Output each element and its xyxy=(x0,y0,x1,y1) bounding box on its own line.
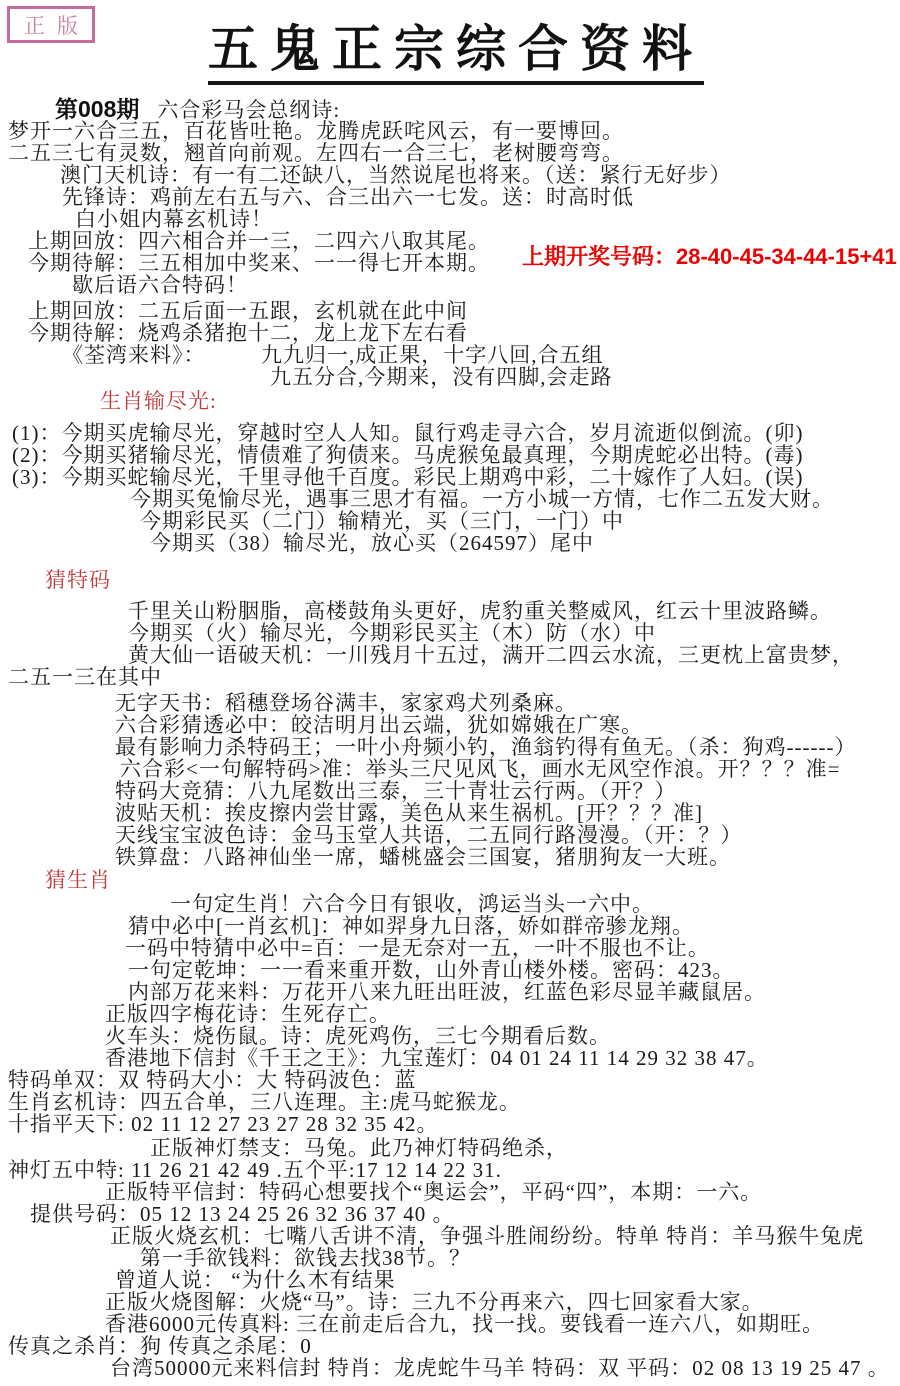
last-draw-number: 上期开奖号码：28-40-45-34-44-15+41 xyxy=(522,240,897,271)
text-line: 先锋诗：鸡前左右五与六、合三出六一七发。送：时高时低 xyxy=(0,186,900,208)
page-title: 五鬼正宗综合资料 xyxy=(208,22,704,85)
text-line: 正版神灯禁支：马兔。此乃神灯特码绝杀， xyxy=(0,1137,900,1159)
text-line: 二五三七有灵数，翘首向前观。左四右一合三七，老树腰弯弯。 xyxy=(0,142,900,164)
text-line: 正版特平信封：特码心想要找个“奥运会”，平码“四”，本期：一六。 xyxy=(0,1181,900,1203)
text-line: 今期买（火）输尽光，今期彩民买主（木）防（水）中 xyxy=(0,622,900,644)
text-line: 波贴天机：挨皮擦内尝甘露，美色从来生祸机。[开？？？准] xyxy=(0,802,900,824)
text-line: 九五分合,今期来，没有四脚,会走路 xyxy=(0,366,900,388)
section-heading: 猜生肖 xyxy=(0,869,900,891)
text-line: 无字天书：稻穗登场谷满丰，家家鸡犬列桑麻。 xyxy=(0,692,900,714)
text-line: 一码中特猜中必中=百：一是无奈对一五，一叶不服也不让。 xyxy=(0,937,900,959)
text-line: 今期待解：烧鸡杀猪抱十二，龙上龙下左右看 xyxy=(0,322,900,344)
section-heading: 生肖输尽光: xyxy=(0,390,900,412)
text-line: 香港6000元传真料: 三在前走后合九，找一找。要钱看一连六八，如期旺。 xyxy=(0,1313,900,1335)
content-lines: 梦开一六合三五，百花皆吐艳。龙腾虎跃咤风云，有一要博回。二五三七有灵数，翘首向前… xyxy=(0,120,900,1379)
text-line: 今期买（38）输尽光，放心买（264597）尾中 xyxy=(0,532,900,554)
text-line: 天线宝宝波色诗：金马玉堂人共语，二五同行路漫漫。（开：？） xyxy=(0,824,900,846)
text-line: 二五一三在其中 xyxy=(0,666,900,688)
text-line: 特码大竞猜：八九尾数出三泰，三十青壮云行两。（开？） xyxy=(0,780,900,802)
text-line: 今期买兔愉尽光，遇事三思才有福。一方小城一方情，七作二五发大财。 xyxy=(0,488,900,510)
text-line: 铁算盘：八路神仙坐一席，蟠桃盛会三国宴，猪朋狗友一大班。 xyxy=(0,846,900,868)
text-line: 特码单双：双 特码大小：大 特码波色：蓝 xyxy=(0,1069,900,1091)
text-line: 神灯五中特: 11 26 21 42 49 .五个平:17 12 14 22 3… xyxy=(0,1159,900,1181)
text-line: 澳门天机诗：有一有二还缺八，当然说尾也将来。（送：紧行无好步） xyxy=(0,164,900,186)
text-line: 最有影响力杀特码王；一叶小舟频小钓，渔翁钓得有鱼无。（杀：狗鸡------） xyxy=(0,736,900,758)
text-line: 一句定生肖！六合今日有银收，鸿运当头一六中。 xyxy=(0,893,900,915)
text-line: 曾道人说： “为什么木有结果 xyxy=(0,1269,900,1291)
text-line: 《荃湾来料》： 九九归一,成正果，十字八回,合五组 xyxy=(0,344,900,366)
text-line: 猜中必中[一肖玄机]：神如羿身九日落，娇如群帝骖龙翔。 xyxy=(0,915,900,937)
text-line: 正版火烧图解：火烧“马”。诗：三九不分再来六，四七回家看大家。 xyxy=(0,1291,900,1313)
text-line: 内部万花来料：万花开八来九旺出旺波，红蓝色彩尽显羊藏鼠居。 xyxy=(0,981,900,1003)
issue-row: 第008期 六合彩马会总纲诗: xyxy=(0,91,900,117)
text-line: 正版四字梅花诗：生死存亡。 xyxy=(0,1003,900,1025)
text-line: (2)：今期买猪输尽光，情债难了狗债来。马虎猴兔最真理，今期虎蛇必出特。(毒) xyxy=(0,444,900,466)
text-line: 生肖玄机诗：四五合单，三八连理。主:虎马蛇猴龙。 xyxy=(0,1091,900,1113)
zhengban-stamp-label: 正版 xyxy=(24,10,90,40)
text-line: 火车头：烧伤鼠。诗：虎死鸡伤，三七今期看后数。 xyxy=(0,1025,900,1047)
text-line: 一句定乾坤：一一看来重开数，山外青山楼外楼。密码：423。 xyxy=(0,959,900,981)
page: 正版 五鬼正宗综合资料 第008期 六合彩马会总纲诗: 上期开奖号码：28-40… xyxy=(0,0,900,1386)
text-line: 今期彩民买（二门）输精光，买（三门，一门）中 xyxy=(0,510,900,532)
text-line: 歇后语六合特码！ xyxy=(0,274,900,296)
text-line: 十指平天下: 02 11 12 27 23 27 28 32 35 42。 xyxy=(0,1113,900,1135)
text-line: 梦开一六合三五，百花皆吐艳。龙腾虎跃咤风云，有一要博回。 xyxy=(0,120,900,142)
text-line: 正版火烧玄机：七嘴八舌讲不清，争强斗胜闹纷纷。特单 特肖：羊马猴牛兔虎 xyxy=(0,1225,900,1247)
text-line: 千里关山粉胭脂，高楼鼓角头更好，虎豹重关整威风，红云十里波路鳞。 xyxy=(0,600,900,622)
text-line: 提供号码：05 12 13 24 25 26 32 36 37 40 。 xyxy=(0,1203,900,1225)
title-wrap: 五鬼正宗综合资料 xyxy=(0,0,900,85)
text-line: 六合彩猜透必中：皎洁明月出云端，犹如嫦娥在广寒。 xyxy=(0,714,900,736)
text-line: 香港地下信封《千王之王》：九宝莲灯：04 01 24 11 14 29 32 3… xyxy=(0,1047,900,1069)
section-heading: 猜特码 xyxy=(0,569,900,591)
text-line: (1)：今期买虎输尽光，穿越时空人人知。鼠行鸡走寻六合，岁月流逝似倒流。(卯) xyxy=(0,422,900,444)
text-line: 台湾50000元来料信封 特肖：龙虎蛇牛马羊 特码：双 平码：02 08 13 … xyxy=(0,1357,900,1379)
text-line: (3)：今期买蛇输尽光，千里寻他千百度。彩民上期鸡中彩，二十嫁作了人妇。(误) xyxy=(0,466,900,488)
text-line: 第一手欲钱料：欲钱去找38节。？ xyxy=(0,1247,900,1269)
zhengban-stamp: 正版 xyxy=(7,6,95,43)
text-line: 上期回放：二五后面一五跟，玄机就在此中间 xyxy=(0,300,900,322)
text-line: 白小姐内幕玄机诗！ xyxy=(0,208,900,230)
text-line: 传真之杀肖：狗 传真之杀尾：0 xyxy=(0,1335,900,1357)
text-line: 黄大仙一语破天机：一川残月十五过，满开二四云水流，三更枕上富贵梦， xyxy=(0,644,900,666)
text-line: 六合彩<一句解特码>准：举头三尺见风飞，画水无风空作浪。开？？？准= xyxy=(0,758,900,780)
